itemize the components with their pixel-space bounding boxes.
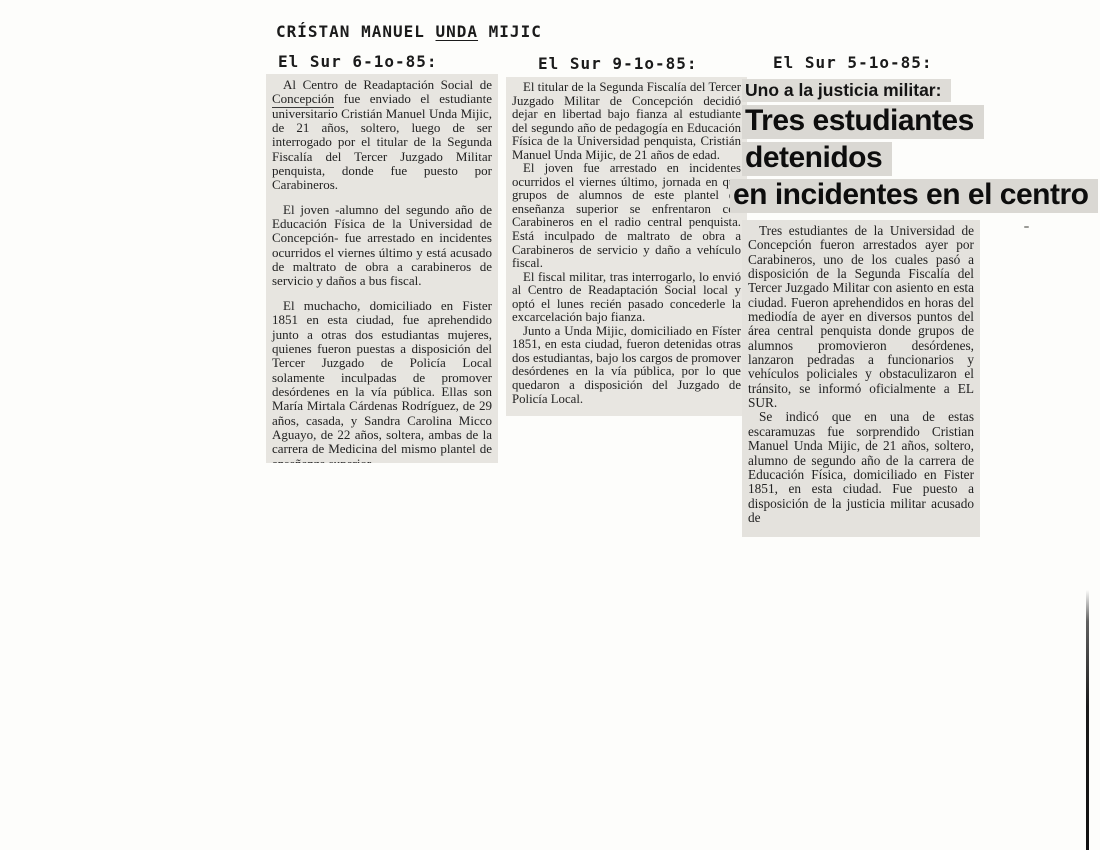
paragraph-text: fue enviado el estudiante universitario … — [272, 91, 492, 192]
scan-speck-artifact — [1024, 226, 1029, 228]
headline-kicker-row: Uno a la justicia militar: — [742, 79, 1098, 102]
clipping-1-article-body: Al Centro de Readaptación Social de Conc… — [266, 74, 498, 463]
article-paragraph: Al Centro de Readaptación Social de Conc… — [272, 78, 492, 193]
typed-subject-name-pre: CRÍSTAN MANUEL — [276, 22, 436, 41]
article-paragraph: El titular de la Segunda Fiscalía del Te… — [512, 81, 741, 162]
scan-vertical-line-artifact — [1086, 590, 1089, 850]
article-paragraph: El joven -alumno del segundo año de Educ… — [272, 203, 492, 289]
article-paragraph: Tres estudiantes de la Universidad de Co… — [748, 224, 974, 410]
article-paragraph: El fiscal militar, tras interrogarlo, lo… — [512, 271, 741, 325]
headline-line-3-text: en incidentes en el centro — [730, 179, 1098, 213]
headline-kicker: Uno a la justicia militar: — [742, 79, 951, 102]
clipping-3-date-label: El Sur 5-1o-85: — [773, 53, 1098, 72]
clipping-el-sur-5-10-85: El Sur 5-1o-85: Uno a la justicia milita… — [742, 53, 1098, 537]
headline-line-2: detenidos — [742, 142, 1098, 176]
clipping-3-article-body: Tres estudiantes de la Universidad de Co… — [742, 220, 980, 537]
clipping-2-article-body: El titular de la Segunda Fiscalía del Te… — [506, 77, 747, 416]
headline-line-3: en incidentes en el centro — [730, 179, 1098, 213]
headline-line-1: Tres estudiantes — [742, 105, 1098, 139]
headline-line-1-text: Tres estudiantes — [742, 105, 984, 139]
article-paragraph: Junto a Unda Mijic, domiciliado en Físte… — [512, 325, 741, 406]
article-paragraph: Se indicó que en una de estas escaramuza… — [748, 410, 974, 525]
scanned-document-page: CRÍSTAN MANUEL UNDA MIJIC El Sur 6-1o-85… — [0, 0, 1100, 850]
article-paragraph: El joven fue arrestado en incidentes ocu… — [512, 162, 741, 270]
typed-subject-name-post: MIJIC — [478, 22, 542, 41]
clipping-2-date-label: El Sur 9-1o-85: — [538, 54, 747, 73]
paragraph-text: Al Centro de Readaptación Social de — [283, 77, 492, 92]
clipping-el-sur-6-10-85: El Sur 6-1o-85: Al Centro de Readaptació… — [266, 52, 498, 463]
headline-line-2-text: detenidos — [742, 142, 892, 176]
article-paragraph: El muchacho, domiciliado en Fister 1851 … — [272, 299, 492, 463]
clipping-1-date-label: El Sur 6-1o-85: — [278, 52, 498, 71]
typed-subject-name-underlined: UNDA — [436, 22, 479, 41]
clipping-el-sur-9-10-85: El Sur 9-1o-85: El titular de la Segunda… — [506, 54, 747, 416]
typed-subject-name: CRÍSTAN MANUEL UNDA MIJIC — [276, 22, 542, 41]
